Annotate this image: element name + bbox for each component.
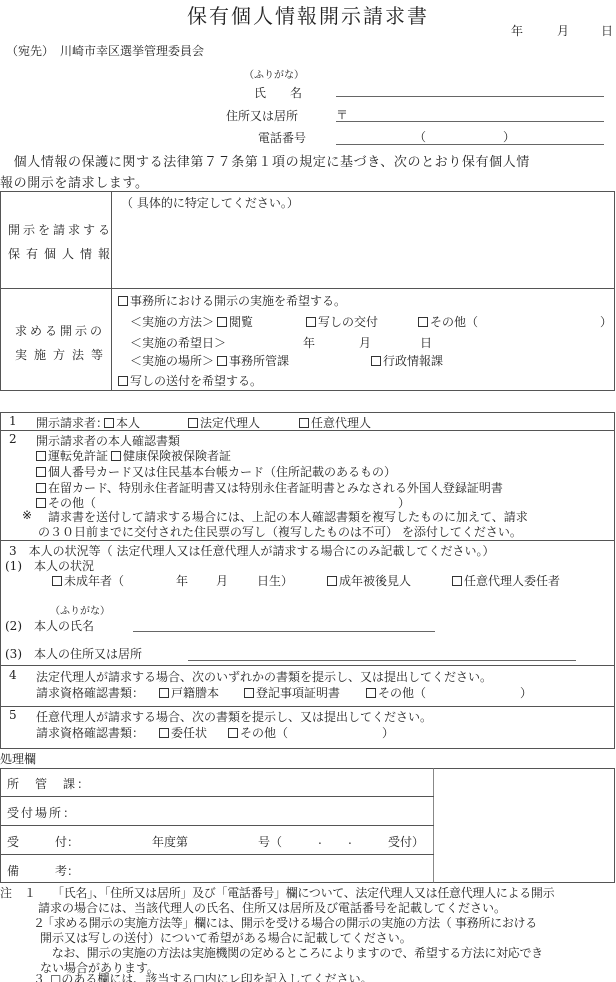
receipt-dot: .	[348, 833, 352, 847]
checkbox[interactable]	[217, 317, 227, 327]
doc-family-register[interactable]: 戸籍謄本	[159, 684, 219, 701]
place-prefix: ＜実施の場所＞	[130, 352, 214, 369]
option-label: 健康保険被保険者証	[123, 449, 231, 463]
place-option-label: 事務所管課	[229, 354, 289, 368]
address-field[interactable]	[336, 121, 604, 122]
phone-field[interactable]	[336, 144, 604, 145]
status-adult-ward[interactable]: 成年被後見人	[327, 572, 411, 589]
doc5-other-close: ）	[382, 724, 394, 741]
method-option-copy[interactable]: 写しの交付	[306, 313, 378, 330]
wish-date-year: 年	[303, 334, 315, 351]
checkbox[interactable]	[159, 688, 169, 698]
wish-date-prefix: ＜実施の希望日＞	[130, 334, 226, 351]
method-option-label: その他（	[430, 315, 478, 329]
checkbox[interactable]	[159, 728, 169, 738]
option-label: 委任状	[171, 726, 207, 740]
method-prefix: ＜実施の方法＞	[130, 313, 214, 330]
requester-legal-agent[interactable]: 法定代理人	[188, 414, 260, 431]
phone-label: 電話番号	[258, 129, 306, 146]
place-option-admin[interactable]: 行政情報課	[371, 352, 443, 369]
info-input-area[interactable]	[115, 210, 610, 284]
section5-text: 任意代理人が請求する場合、次の書類を提示し、又は提出してください。	[36, 708, 432, 725]
date-day-label: 日	[601, 22, 613, 39]
id-residence-card[interactable]: 在留カード、特別永住者証明書又は特別永住者証明書とみなされる外国人登録証明書	[36, 479, 503, 496]
checkbox[interactable]	[327, 576, 337, 586]
info-label-2: 保有個人情報	[8, 245, 116, 262]
checkbox[interactable]	[111, 451, 121, 461]
note-3-line1: □のある欄には、該当する□内にレ印を記入してください。	[50, 970, 373, 982]
furigana-label: （ふりがな）	[244, 66, 304, 81]
processing-divider	[0, 796, 434, 797]
option-label: 成年被後見人	[339, 574, 411, 588]
processing-remarks-label: 備 考：	[7, 862, 79, 879]
info-label-1: 開示を請求する	[8, 221, 113, 238]
option-label: その他（	[240, 726, 288, 740]
requester-self[interactable]: 本人	[104, 414, 140, 431]
checkbox[interactable]	[228, 728, 238, 738]
intro-line-1: 個人情報の保護に関する法律第７７条第１項の規定に基づき、次のとおり保有個人情	[0, 151, 530, 170]
doc-other[interactable]: その他（	[366, 684, 426, 701]
checkbox[interactable]	[452, 576, 462, 586]
doc-other-close: ）	[520, 684, 532, 701]
note-mark: ※	[22, 508, 32, 522]
checkbox[interactable]	[118, 376, 128, 386]
checkbox[interactable]	[188, 418, 198, 428]
phone-paren-close: ）	[503, 128, 515, 145]
option-label: 任意代理人	[311, 416, 371, 430]
section3-sub3: (3) 本人の住所又は居所	[5, 645, 142, 662]
office-option-label: 事務所における開示の実施を希望する。	[130, 294, 346, 308]
address-label: 住所又は居所	[226, 107, 298, 124]
phone-paren-open: （	[414, 128, 426, 145]
doc-power-of-attorney[interactable]: 委任状	[159, 724, 207, 741]
id-drivers-license[interactable]: 運転免許証	[36, 447, 108, 464]
checkbox[interactable]	[371, 356, 381, 366]
option-label: 戸籍謄本	[171, 686, 219, 700]
option-label: 在留カード、特別永住者証明書又は特別永住者証明書とみなされる外国人登録証明書	[48, 481, 503, 495]
option-label: 運転免許証	[48, 449, 108, 463]
wish-date-month: 月	[359, 334, 371, 351]
section1-label: 開示請求者：	[36, 414, 108, 431]
addressee: （宛先） 川崎市幸区選挙管理委員会	[6, 42, 204, 59]
section5-num: 5	[9, 708, 17, 722]
processing-dept-label: 所 管 課：	[7, 775, 91, 792]
method-option-label: 写しの交付	[318, 315, 378, 329]
section2-note-line2: の３０日前までに交付された住民票の写し（複写したものは不可） を添付してください…	[38, 523, 522, 540]
checkbox[interactable]	[36, 451, 46, 461]
option-label: 登記事項証明書	[256, 686, 340, 700]
section3-furigana: （ふりがな）	[50, 602, 110, 617]
wish-date-day: 日	[420, 334, 432, 351]
name-field[interactable]	[336, 96, 604, 97]
checkbox[interactable]	[299, 418, 309, 428]
id-mynumber-card[interactable]: 個人番号カード又は住民基本台帳カード（住所記載のあるもの）	[36, 463, 396, 480]
minor-year: 年	[176, 572, 188, 589]
option-label: 法定代理人	[200, 416, 260, 430]
option-label: 未成年者（	[64, 574, 124, 588]
section3-sub2: (2) 本人の氏名	[5, 617, 94, 634]
office-option[interactable]: 事務所における開示の実施を希望する。	[118, 292, 346, 309]
request-table-row-divider	[0, 288, 615, 289]
doc5-other[interactable]: その他（	[228, 724, 288, 741]
section4-docs-label: 請求資格確認書類：	[36, 684, 144, 701]
option-label: 任意代理人委任者	[464, 574, 560, 588]
option-label: 本人	[116, 416, 140, 430]
receipt-fiscal-year: 年度第	[152, 833, 188, 850]
note-3-prefix: ３	[33, 970, 45, 982]
receipt-number: 号（	[258, 833, 282, 850]
checkbox[interactable]	[52, 576, 62, 586]
place-option-label: 行政情報課	[383, 354, 443, 368]
method-label-1: 求める開示の	[15, 322, 105, 339]
status-delegator[interactable]: 任意代理人委任者	[452, 572, 560, 589]
checkbox[interactable]	[366, 688, 376, 698]
checkbox[interactable]	[418, 317, 428, 327]
processing-receipt-label: 受 付：	[7, 833, 79, 850]
section1-num: 1	[9, 414, 17, 428]
checkbox[interactable]	[217, 356, 227, 366]
date-month-label: 月	[557, 22, 569, 39]
checkbox[interactable]	[104, 418, 114, 428]
id-health-insurance[interactable]: 健康保険被保険者証	[111, 447, 231, 464]
name-label: 氏 名	[254, 84, 302, 101]
processing-heading: 処理欄	[0, 750, 36, 767]
section-divider	[0, 706, 615, 707]
method-option-label: 閲覧	[229, 315, 253, 329]
receipt-dot: .	[318, 833, 322, 847]
section4-num: 4	[9, 668, 17, 682]
requester-voluntary-agent[interactable]: 任意代理人	[299, 414, 371, 431]
section5-docs-label: 請求資格確認書類：	[36, 724, 144, 741]
principal-name-field[interactable]	[133, 631, 435, 632]
minor-day: 日生）	[257, 572, 293, 589]
section-divider	[0, 665, 615, 666]
checkbox[interactable]	[36, 483, 46, 493]
checkbox[interactable]	[244, 688, 254, 698]
page-title: 保有個人情報開示請求書	[0, 0, 616, 29]
section4-text: 法定代理人が請求する場合、次のいずれかの書類を提示し、又は提出してください。	[36, 668, 492, 685]
receipt-accepted: 受付）	[388, 833, 424, 850]
note-1-prefix: 注 １	[0, 884, 36, 901]
checkbox[interactable]	[36, 467, 46, 477]
date-year-label: 年	[511, 22, 523, 39]
place-option-office[interactable]: 事務所管課	[217, 352, 289, 369]
minor-month: 月	[216, 572, 228, 589]
mail-option-label: 写しの送付を希望する。	[130, 374, 262, 388]
section2-num: 2	[9, 432, 17, 446]
processing-place-label: 受付場所：	[7, 804, 77, 821]
processing-divider	[0, 854, 434, 855]
section-divider	[0, 540, 615, 541]
intro-line-2: 報の開示を請求します。	[0, 172, 149, 191]
method-other-close: ）	[600, 313, 612, 330]
method-option-other[interactable]: その他（	[418, 313, 478, 330]
mail-option[interactable]: 写しの送付を希望する。	[118, 372, 262, 389]
checkbox[interactable]	[36, 498, 46, 508]
option-label: その他（	[378, 686, 426, 700]
status-minor[interactable]: 未成年者（	[52, 572, 124, 589]
checkbox[interactable]	[306, 317, 316, 327]
method-label-2: 実施方法等	[15, 346, 110, 363]
doc-registry-cert[interactable]: 登記事項証明書	[244, 684, 340, 701]
checkbox[interactable]	[118, 296, 128, 306]
method-option-view[interactable]: 閲覧	[217, 313, 253, 330]
principal-address-field[interactable]	[188, 660, 576, 661]
stamp-area	[433, 768, 615, 883]
info-hint: （ 具体的に特定してください。）	[121, 194, 299, 211]
option-label: 個人番号カード又は住民基本台帳カード（住所記載のあるもの）	[48, 465, 396, 479]
processing-divider	[0, 825, 434, 826]
